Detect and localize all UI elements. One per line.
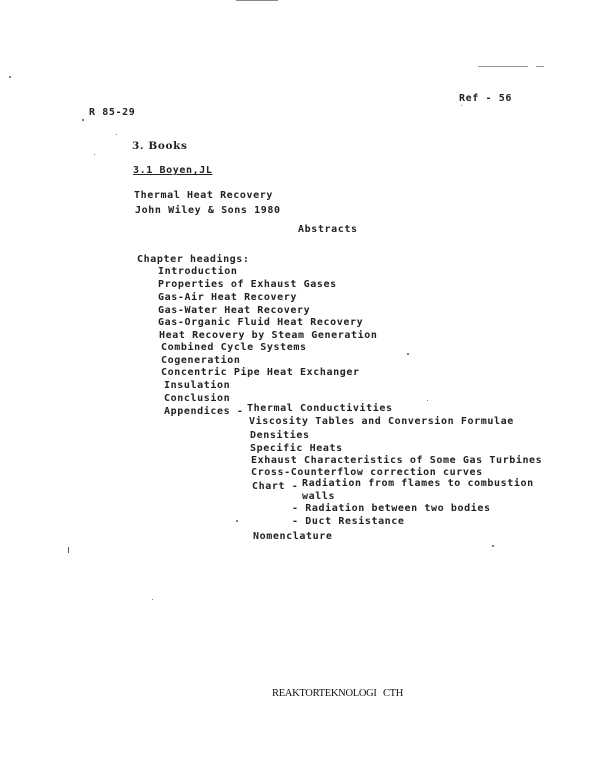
chapter-item: Insulation [164,380,230,391]
chapter-item: Combined Cycle Systems [161,342,307,353]
chapter-item: Cogeneration [161,355,240,366]
scan-speck [82,119,84,121]
chapter-item: Heat Recovery by Steam Generation [159,330,377,341]
book-publisher: John Wiley & Sons 1980 [135,205,281,216]
footer-institution: REAKTORTEKNOLOGI CTH [272,688,403,699]
scan-speck [236,520,238,522]
appendix-item: Viscosity Tables and Conversion Formulae [249,416,514,427]
appendix-item: Exhaust Characteristics of Some Gas Turb… [251,455,542,466]
chapter-headings-label: Chapter headings: [137,254,250,265]
subsection-title: 3.1 Boyen,JL [133,165,212,176]
chapter-item: Gas-Water Heat Recovery [158,305,310,316]
chapter-item: Gas-Organic Fluid Heat Recovery [158,317,363,328]
scan-speck [9,76,11,78]
scan-speck [407,353,409,355]
scan-speck [94,154,95,155]
scan-speck [427,400,428,401]
chapter-item: Conclusion [164,393,230,404]
chapter-item: Concentric Pipe Heat Exchanger [161,367,360,378]
scan-artifact-line [478,66,528,67]
scan-speck [461,105,462,106]
section-title: 3. Books [132,140,188,152]
appendix-item: Densities [250,430,310,441]
chapter-item: Introduction [158,266,237,277]
abstracts-heading: Abstracts [298,224,358,235]
appendices-label: Appendices - [164,406,243,417]
chapter-item: Gas-Air Heat Recovery [158,292,297,303]
scan-artifact-line [536,66,544,67]
chart-item: - Duct Resistance [292,516,405,527]
reference-number: Ref - 56 [459,93,512,104]
scan-speck [68,547,69,553]
scan-speck [492,545,494,547]
scan-speck [116,134,117,135]
appendix-item: Specific Heats [250,443,343,454]
appendix-item: Thermal Conductivities [247,403,393,414]
scan-artifact-line [236,0,278,1]
report-number: R 85-29 [89,107,135,118]
chart-label: Chart - [252,481,298,492]
book-title: Thermal Heat Recovery [134,190,273,201]
chart-item: - Radiation between two bodies [292,503,491,514]
chart-item: walls [302,491,335,502]
chapter-item: Properties of Exhaust Gases [158,279,337,290]
appendix-item: Cross-Counterflow correction curves [251,467,483,478]
nomenclature: Nomenclature [253,531,332,542]
scan-speck [152,599,153,600]
chart-item: Radiation from flames to combustion [302,478,534,489]
